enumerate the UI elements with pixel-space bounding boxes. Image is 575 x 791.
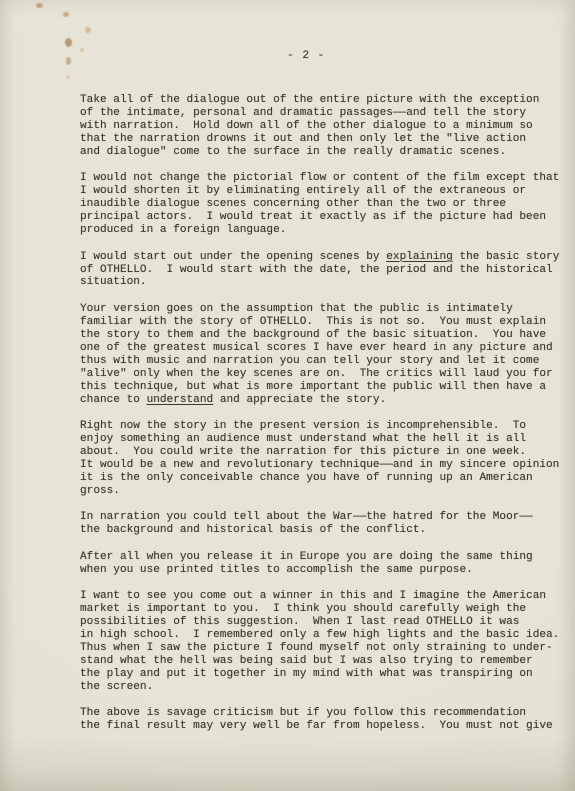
typed-line: the story to them and the background of … bbox=[80, 329, 561, 342]
typed-line: stand what the hell was being said but I… bbox=[80, 655, 561, 668]
typed-line: Your version goes on the assumption that… bbox=[80, 303, 561, 316]
typed-line: In narration you could tell about the Wa… bbox=[80, 511, 561, 524]
paragraph: I would not change the pictorial flow or… bbox=[80, 172, 561, 237]
typed-line: this technique, but what is more importa… bbox=[80, 381, 561, 394]
stain-mark bbox=[65, 38, 72, 47]
typed-line: chance to understand and appreciate the … bbox=[80, 394, 561, 407]
document-body: Take all of the dialogue out of the enti… bbox=[80, 94, 561, 733]
stain-mark bbox=[85, 27, 91, 33]
typed-line: After all when you release it in Europe … bbox=[80, 551, 561, 564]
scanned-letter-page: - 2 - Take all of the dialogue out of th… bbox=[0, 0, 575, 791]
page-number-header: - 2 - bbox=[287, 50, 325, 62]
paragraph: After all when you release it in Europe … bbox=[80, 551, 561, 577]
typed-line: the screen. bbox=[80, 681, 561, 694]
typed-line: of the intimate, personal and dramatic p… bbox=[80, 107, 561, 120]
typed-line: I would not change the pictorial flow or… bbox=[80, 172, 561, 185]
typed-line: produced in a foreign language. bbox=[80, 224, 561, 237]
paragraph: The above is savage criticism but if you… bbox=[80, 707, 561, 733]
stain-mark bbox=[80, 48, 84, 52]
typed-line: thus with music and narration you can te… bbox=[80, 355, 561, 368]
typed-line: inaudible dialogue scenes concerning oth… bbox=[80, 198, 561, 211]
typed-line: market is important to you. I think you … bbox=[80, 603, 561, 616]
typed-line: one of the greatest musical scores I hav… bbox=[80, 342, 561, 355]
stain-mark bbox=[63, 12, 69, 17]
paragraph: I would start out under the opening scen… bbox=[80, 251, 561, 290]
typed-line: Thus when I saw the picture I found myse… bbox=[80, 642, 561, 655]
paragraph: Your version goes on the assumption that… bbox=[80, 303, 561, 407]
typed-line: "alive" only when the key scenes are on.… bbox=[80, 368, 561, 381]
typed-line: it is the only conceivable chance you ha… bbox=[80, 472, 561, 485]
typed-line: the background and historical basis of t… bbox=[80, 524, 561, 537]
typed-line: enjoy something an audience must underst… bbox=[80, 433, 561, 446]
typed-line: with narration. Hold down all of the oth… bbox=[80, 120, 561, 133]
typed-line: and dialogue" come to the surface in the… bbox=[80, 146, 561, 159]
stain-mark bbox=[36, 3, 43, 8]
typed-line: in high school. I remembered only a few … bbox=[80, 629, 561, 642]
typed-line: The above is savage criticism but if you… bbox=[80, 707, 561, 720]
paper-stains bbox=[0, 0, 120, 100]
paragraph: In narration you could tell about the Wa… bbox=[80, 511, 561, 537]
paragraph: Take all of the dialogue out of the enti… bbox=[80, 94, 561, 159]
typed-line: gross. bbox=[80, 485, 561, 498]
typed-line: that the narration drowns it out and the… bbox=[80, 133, 561, 146]
typed-line: Take all of the dialogue out of the enti… bbox=[80, 94, 561, 107]
underlined-text: understand bbox=[147, 394, 214, 406]
typed-line: familiar with the story of OTHELLO. This… bbox=[80, 316, 561, 329]
paragraph: Right now the story in the present versi… bbox=[80, 420, 561, 498]
typed-line: I would start out under the opening scen… bbox=[80, 251, 561, 264]
typed-line: situation. bbox=[80, 276, 561, 289]
typed-line: when you use printed titles to accomplis… bbox=[80, 564, 561, 577]
paragraph: I want to see you come out a winner in t… bbox=[80, 590, 561, 694]
typed-line: the final result may very well be far fr… bbox=[80, 720, 561, 733]
stain-mark bbox=[66, 75, 70, 79]
stain-mark bbox=[66, 57, 71, 65]
typed-line: possibilities of this suggestion. When I… bbox=[80, 616, 561, 629]
typed-line: It would be a new and revolutionary tech… bbox=[80, 459, 561, 472]
typed-line: I want to see you come out a winner in t… bbox=[80, 590, 561, 603]
typed-line: about. You could write the narration for… bbox=[80, 446, 561, 459]
underlined-text: explaining bbox=[386, 251, 453, 263]
typed-line: the play and put it together in my mind … bbox=[80, 668, 561, 681]
typed-line: Right now the story in the present versi… bbox=[80, 420, 561, 433]
typed-line: principal actors. I would treat it exact… bbox=[80, 211, 561, 224]
typed-line: I would shorten it by eliminating entire… bbox=[80, 185, 561, 198]
typed-line: of OTHELLO. I would start with the date,… bbox=[80, 264, 561, 277]
